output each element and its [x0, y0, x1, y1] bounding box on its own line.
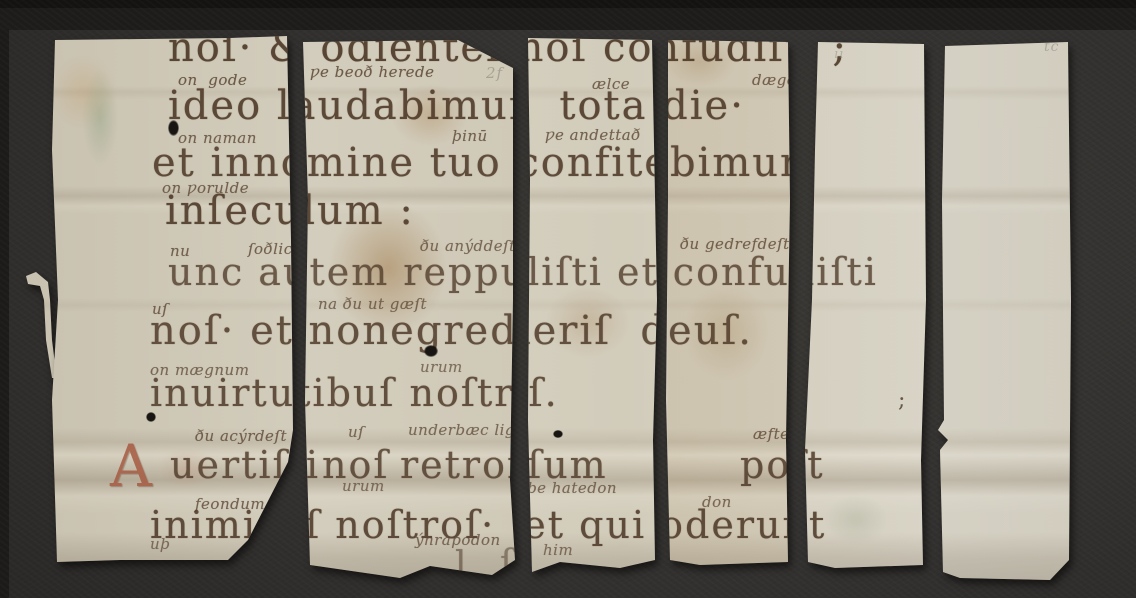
old-english-gloss: þe hatedon: [527, 481, 617, 496]
old-english-gloss: ðu acýrdeſt: [195, 429, 287, 444]
pencil-annotation: tc: [1044, 40, 1059, 54]
latin-text-line: uertiſti: [170, 446, 320, 484]
latin-text-line: unc autem reppuliſti et confudiſti: [168, 253, 878, 291]
old-english-gloss: uſ: [152, 302, 168, 317]
old-english-gloss: urum: [420, 360, 463, 375]
latin-text-line: ideo laudabimur tota die·: [168, 86, 745, 126]
punctuation-mark: ;: [898, 390, 905, 412]
old-english-gloss: on ƿorulde: [162, 181, 249, 196]
pencil-annotation: 2f: [486, 66, 503, 81]
old-english-gloss: on naman: [178, 131, 257, 146]
parchment-hole: [553, 430, 563, 438]
old-english-gloss: ƿe beoð herede: [310, 65, 435, 80]
old-english-gloss: don: [702, 495, 732, 510]
old-english-gloss: æfter: [753, 427, 797, 442]
old-english-gloss: ſoðlice: [248, 242, 302, 257]
old-english-gloss: na ðu ut gæſt: [318, 297, 427, 312]
old-english-gloss: him: [543, 543, 573, 558]
old-english-gloss: on mægnum: [150, 363, 249, 378]
latin-text-line: noſ: [322, 446, 389, 484]
old-english-gloss: uþ: [150, 537, 170, 552]
old-english-gloss: ýnrapodon: [415, 533, 501, 548]
latin-text-line: inimicoſ noſtroſ· et qui oderunt: [150, 506, 826, 544]
rubricated-initial: A: [110, 437, 152, 495]
latin-text-line: retrorſum: [400, 446, 608, 484]
manuscript-text-layer: noſ· & odienteſ noſ confudiſti ;on godeƿ…: [0, 0, 1136, 598]
parchment-hole: [146, 412, 156, 422]
parchment-hole: [424, 345, 438, 357]
latin-text-line: inſeculum :: [165, 191, 415, 231]
latin-text-line: noſ· & odienteſ noſ confudiſti ;: [168, 28, 848, 68]
old-english-gloss: nu: [170, 244, 190, 259]
old-english-gloss: ælce: [592, 77, 630, 92]
latin-text-line: noſ· et nonegredieriſ deuſ.: [150, 311, 753, 351]
old-english-gloss: ƿe andettað: [545, 128, 641, 143]
latin-text-line: et innomine tuo confitebimur: [152, 143, 801, 183]
parchment-strip-6-shadow: noſ· & odienteſ noſ confudiſti ;on godeƿ…: [0, 0, 1136, 598]
old-english-gloss: on gode: [178, 73, 247, 88]
old-english-gloss: feondum: [195, 497, 265, 512]
old-english-gloss: ðu anýddeſt: [420, 239, 516, 254]
parchment-strip-6: noſ· & odienteſ noſ confudiſti ;on godeƿ…: [0, 0, 1136, 598]
latin-text-line: l: [455, 548, 469, 584]
old-english-gloss: þinū: [452, 129, 488, 144]
manuscript-photo: noſ· & odienteſ noſ confudiſti ;on godeƿ…: [0, 0, 1136, 598]
old-english-gloss: urum: [342, 479, 385, 494]
latin-text-line: poſt: [740, 446, 825, 484]
latin-text-line: ſ: [500, 546, 515, 582]
old-english-gloss: ðu gedrefdeſt: [680, 237, 790, 252]
old-english-gloss: dæge: [752, 73, 796, 88]
pencil-annotation: ıı: [834, 48, 844, 61]
latin-text-line: inuirtutibuſ noſtriſ.: [150, 374, 559, 412]
old-english-gloss: uſ: [348, 425, 364, 440]
old-english-gloss: underbæc lig: [408, 423, 515, 438]
parchment-hole: [168, 120, 179, 136]
